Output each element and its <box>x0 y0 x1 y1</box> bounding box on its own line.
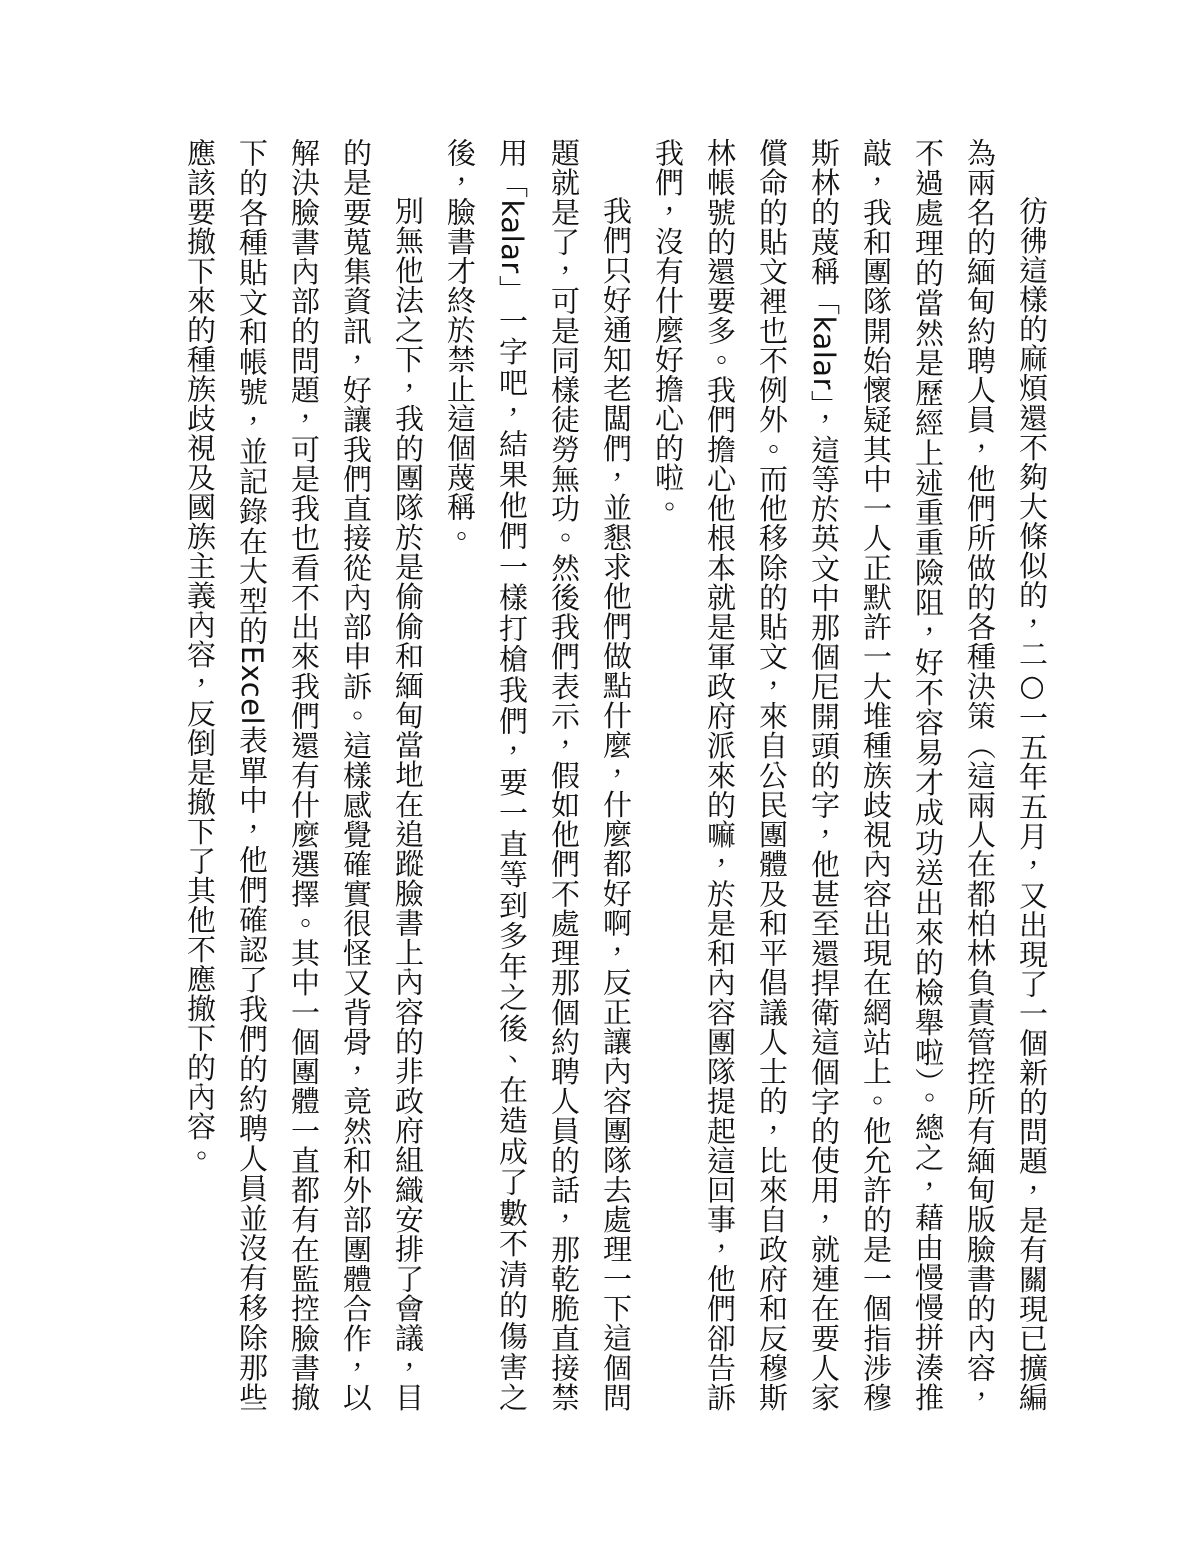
paragraph-3: 別無他法之下，我的團隊於是偷偷和緬甸當地在追蹤臉書上內容的非政府組織安排了會議，… <box>174 138 434 1412</box>
book-page: 彷彿這樣的麻煩還不夠大條似的，二○一五年五月，又出現了一個新的問題，是有關現已擴… <box>0 0 1200 1553</box>
paragraph-1: 彷彿這樣的麻煩還不夠大條似的，二○一五年五月，又出現了一個新的問題，是有關現已擴… <box>642 138 1058 1412</box>
paragraph-2: 我們只好通知老闆們，並懇求他們做點什麼，什麼都好啊，反正讓內容團隊去處理一下這個… <box>434 138 642 1412</box>
vertical-text-block: 彷彿這樣的麻煩還不夠大條似的，二○一五年五月，又出現了一個新的問題，是有關現已擴… <box>174 138 1058 1412</box>
